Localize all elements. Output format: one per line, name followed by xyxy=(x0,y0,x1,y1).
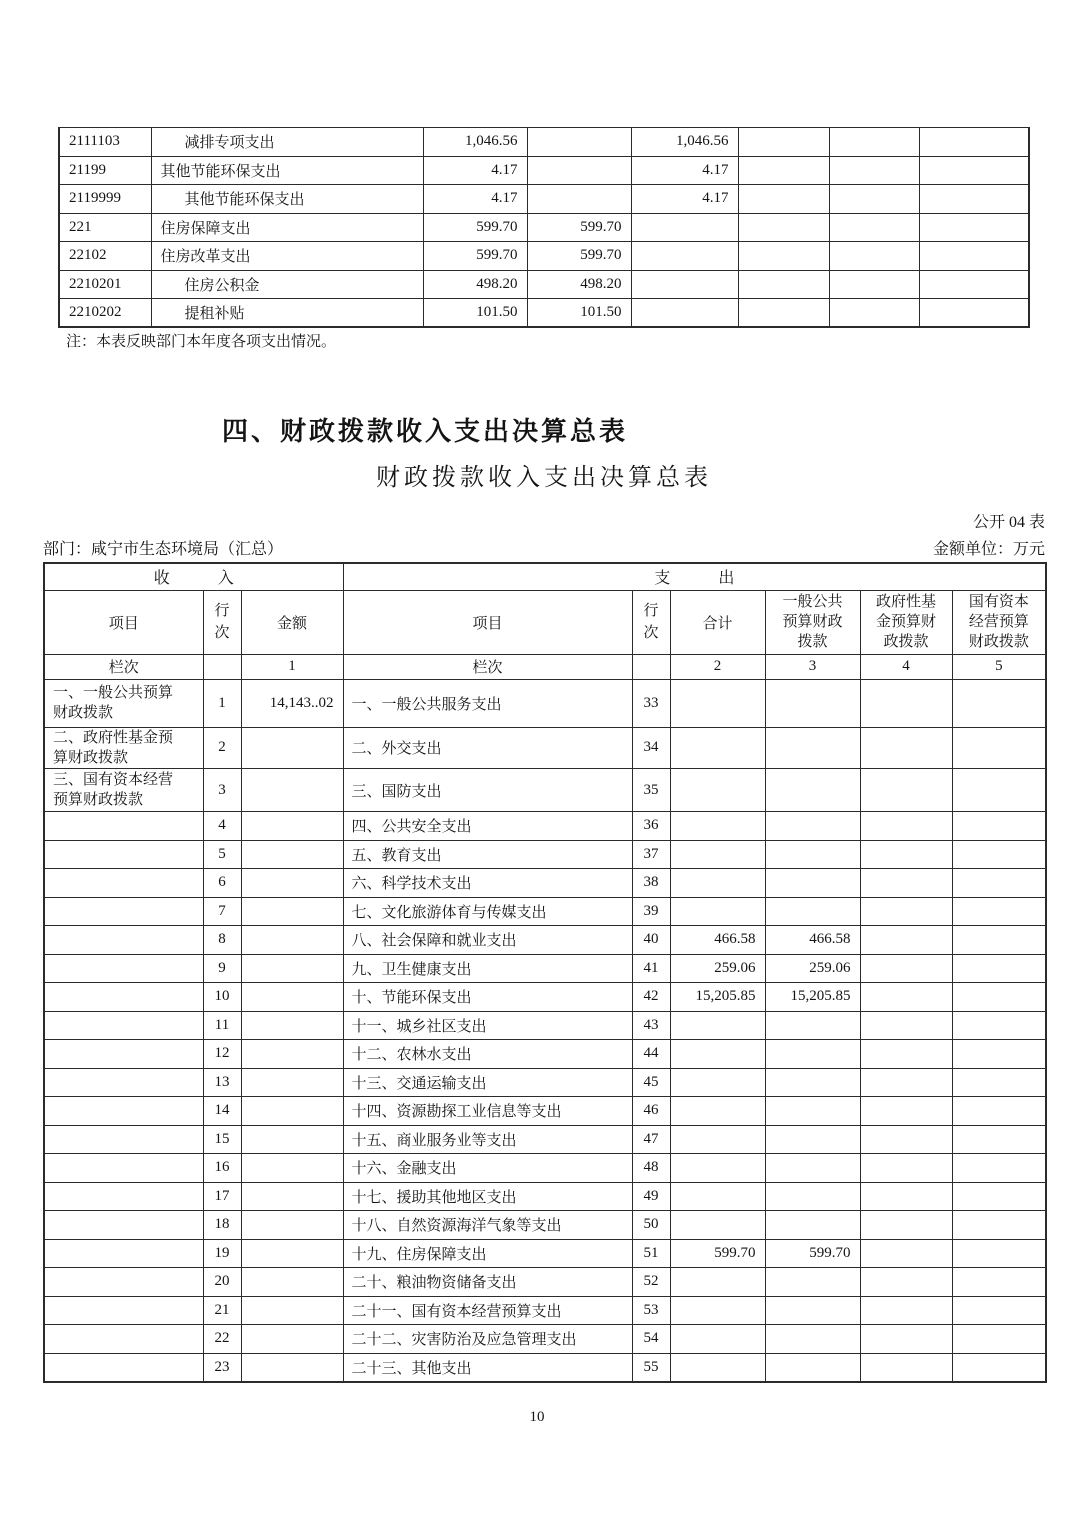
amount-cell xyxy=(829,299,919,328)
amount-cell xyxy=(919,156,1029,185)
amount-cell: 4.17 xyxy=(631,156,738,185)
total-cell xyxy=(670,812,765,841)
income-item-cell xyxy=(44,1097,203,1126)
amount-cell xyxy=(829,185,919,214)
income-amount-cell xyxy=(241,897,343,926)
income-amount-cell xyxy=(241,1040,343,1069)
general-budget-cell: 15,205.85 xyxy=(765,983,860,1012)
state-capital-cell xyxy=(952,1268,1046,1297)
amount-cell xyxy=(829,270,919,299)
amount-cell xyxy=(919,128,1029,157)
total-cell xyxy=(670,727,765,769)
amount-cell: 4.17 xyxy=(423,156,527,185)
total-cell: 599.70 xyxy=(670,1239,765,1268)
income-amount-header: 金额 xyxy=(241,590,343,654)
table-code-label: 公开 04 表 xyxy=(43,509,1045,532)
expense-code-cell: 2119999 xyxy=(59,185,151,214)
header-row-columns: 项目 行次 金额 项目 行次 合计 一般公共 预算财政 拨款 政府性基 金预算财… xyxy=(44,590,1046,654)
expense-line-cell: 47 xyxy=(632,1125,670,1154)
general-budget-cell xyxy=(765,727,860,769)
income-amount-cell xyxy=(241,1182,343,1211)
income-amount-cell xyxy=(241,1097,343,1126)
section-heading: 四、财政拨款收入支出决算总表 xyxy=(222,418,628,445)
gov-fund-cell xyxy=(860,1040,952,1069)
expense-line-cell: 33 xyxy=(632,679,670,727)
total-cell xyxy=(670,1068,765,1097)
amount-cell xyxy=(919,185,1029,214)
expenditure-detail-row: 2111103减排专项支出1,046.561,046.56 xyxy=(59,128,1029,157)
fiscal-summary-row: 23二十三、其他支出55 xyxy=(44,1353,1046,1382)
income-line-cell: 2 xyxy=(203,727,241,769)
gov-fund-cell xyxy=(860,727,952,769)
general-budget-cell xyxy=(765,869,860,898)
amount-cell xyxy=(631,213,738,242)
amount-cell xyxy=(631,299,738,328)
general-budget-cell xyxy=(765,769,860,812)
general-budget-cell: 259.06 xyxy=(765,954,860,983)
income-item-cell xyxy=(44,1040,203,1069)
expenditure-detail-row: 2119999其他节能环保支出4.174.17 xyxy=(59,185,1029,214)
amount-cell: 599.70 xyxy=(423,242,527,271)
amount-cell xyxy=(738,270,829,299)
expense-item-cell: 四、公共安全支出 xyxy=(343,812,632,841)
amount-cell xyxy=(919,270,1029,299)
total-header: 合计 xyxy=(670,590,765,654)
expense-line-cell: 51 xyxy=(632,1239,670,1268)
amount-cell: 599.70 xyxy=(527,242,631,271)
state-capital-cell xyxy=(952,1353,1046,1382)
state-capital-cell xyxy=(952,1211,1046,1240)
total-cell xyxy=(670,769,765,812)
expense-line-cell: 41 xyxy=(632,954,670,983)
expenditure-detail-row: 22102住房改革支出599.70599.70 xyxy=(59,242,1029,271)
table-meta-row: 部门：咸宁市生态环境局（汇总） 金额单位：万元 xyxy=(43,536,1045,559)
income-line-cell: 10 xyxy=(203,983,241,1012)
expense-item-cell: 七、文化旅游体育与传媒支出 xyxy=(343,897,632,926)
expenditure-detail-row: 21199其他节能环保支出4.174.17 xyxy=(59,156,1029,185)
amount-cell: 4.17 xyxy=(631,185,738,214)
income-item-cell xyxy=(44,1154,203,1183)
income-item-cell xyxy=(44,1068,203,1097)
header-row-indexes: 栏次 1 栏次 2 3 4 5 xyxy=(44,654,1046,679)
income-amount-cell xyxy=(241,983,343,1012)
income-line-cell: 7 xyxy=(203,897,241,926)
fiscal-summary-row: 19十九、住房保障支出51599.70599.70 xyxy=(44,1239,1046,1268)
expense-line-cell: 38 xyxy=(632,869,670,898)
amount-cell xyxy=(829,128,919,157)
state-capital-cell xyxy=(952,1239,1046,1268)
income-line-cell: 14 xyxy=(203,1097,241,1126)
income-line-cell: 3 xyxy=(203,769,241,812)
income-amount-cell: 14,143..02 xyxy=(241,679,343,727)
total-cell xyxy=(670,1325,765,1354)
general-budget-cell xyxy=(765,1154,860,1183)
expense-item-cell: 二、外交支出 xyxy=(343,727,632,769)
state-capital-cell xyxy=(952,954,1046,983)
fiscal-summary-row: 18十八、自然资源海洋气象等支出50 xyxy=(44,1211,1046,1240)
fiscal-summary-table-body: 一、一般公共预算 财政拨款114,143..02一、一般公共服务支出33二、政府… xyxy=(44,679,1046,1382)
fiscal-summary-row: 13十三、交通运输支出45 xyxy=(44,1068,1046,1097)
income-item-cell xyxy=(44,983,203,1012)
general-budget-cell xyxy=(765,812,860,841)
income-section-header: 收 入 xyxy=(44,563,343,590)
expense-name-cell: 其他节能环保支出 xyxy=(151,185,423,214)
general-budget-cell xyxy=(765,1068,860,1097)
income-amount-cell xyxy=(241,1154,343,1183)
expense-item-cell: 二十一、国有资本经营预算支出 xyxy=(343,1296,632,1325)
income-item-cell xyxy=(44,1211,203,1240)
state-capital-cell xyxy=(952,1068,1046,1097)
income-item-cell: 三、国有资本经营 预算财政拨款 xyxy=(44,769,203,812)
income-line-cell: 12 xyxy=(203,1040,241,1069)
amount-cell xyxy=(527,156,631,185)
income-amount-cell xyxy=(241,1296,343,1325)
amount-cell xyxy=(919,242,1029,271)
income-line-cell: 8 xyxy=(203,926,241,955)
column-index-4: 4 xyxy=(860,654,952,679)
expense-line-cell: 36 xyxy=(632,812,670,841)
expense-item-cell: 十四、资源勘探工业信息等支出 xyxy=(343,1097,632,1126)
expense-item-cell: 十、节能环保支出 xyxy=(343,983,632,1012)
income-line-cell: 11 xyxy=(203,1011,241,1040)
income-item-cell xyxy=(44,1011,203,1040)
gov-fund-cell xyxy=(860,812,952,841)
state-capital-cell xyxy=(952,983,1046,1012)
expense-name-cell: 提租补贴 xyxy=(151,299,423,328)
amount-cell: 1,046.56 xyxy=(631,128,738,157)
income-amount-cell xyxy=(241,1125,343,1154)
fiscal-summary-row: 12十二、农林水支出44 xyxy=(44,1040,1046,1069)
gov-fund-cell xyxy=(860,840,952,869)
state-capital-cell xyxy=(952,1325,1046,1354)
general-budget-cell xyxy=(765,1325,860,1354)
state-capital-cell xyxy=(952,1182,1046,1211)
amount-cell xyxy=(738,156,829,185)
expense-item-cell: 五、教育支出 xyxy=(343,840,632,869)
expense-line-cell: 37 xyxy=(632,840,670,869)
expense-line-cell: 50 xyxy=(632,1211,670,1240)
page-number: 10 xyxy=(0,1409,1074,1426)
gov-fund-cell xyxy=(860,1353,952,1382)
total-cell xyxy=(670,897,765,926)
total-cell xyxy=(670,1125,765,1154)
expense-item-cell: 十一、城乡社区支出 xyxy=(343,1011,632,1040)
expense-item-cell: 八、社会保障和就业支出 xyxy=(343,926,632,955)
expense-name-cell: 住房公积金 xyxy=(151,270,423,299)
general-budget-cell xyxy=(765,1011,860,1040)
income-line-cell: 4 xyxy=(203,812,241,841)
income-line-cell: 15 xyxy=(203,1125,241,1154)
expense-name-cell: 减排专项支出 xyxy=(151,128,423,157)
fiscal-summary-row: 16十六、金融支出48 xyxy=(44,1154,1046,1183)
expense-line-no-header: 行次 xyxy=(632,590,670,654)
expenditure-detail-table-body: 2111103减排专项支出1,046.561,046.5621199其他节能环保… xyxy=(59,128,1029,328)
expense-line-cell: 52 xyxy=(632,1268,670,1297)
expense-line-cell: 43 xyxy=(632,1011,670,1040)
income-item-cell: 二、政府性基金预 算财政拨款 xyxy=(44,727,203,769)
total-cell xyxy=(670,1353,765,1382)
amount-cell xyxy=(919,213,1029,242)
expense-code-cell: 2210202 xyxy=(59,299,151,328)
income-amount-cell xyxy=(241,1068,343,1097)
general-budget-cell: 466.58 xyxy=(765,926,860,955)
income-item-cell xyxy=(44,1296,203,1325)
empty-cell xyxy=(632,654,670,679)
income-item-cell xyxy=(44,1325,203,1354)
expense-item-header: 项目 xyxy=(343,590,632,654)
state-capital-cell xyxy=(952,727,1046,769)
income-line-cell: 13 xyxy=(203,1068,241,1097)
fiscal-summary-row: 4四、公共安全支出36 xyxy=(44,812,1046,841)
expense-item-cell: 十六、金融支出 xyxy=(343,1154,632,1183)
gov-fund-cell xyxy=(860,1239,952,1268)
expenditure-detail-row: 2210202提租补贴101.50101.50 xyxy=(59,299,1029,328)
fiscal-summary-row: 二、政府性基金预 算财政拨款2二、外交支出34 xyxy=(44,727,1046,769)
income-amount-cell xyxy=(241,926,343,955)
amount-cell xyxy=(527,128,631,157)
total-cell xyxy=(670,869,765,898)
total-cell xyxy=(670,840,765,869)
fiscal-summary-row: 22二十二、灾害防治及应急管理支出54 xyxy=(44,1325,1046,1354)
expense-line-cell: 54 xyxy=(632,1325,670,1354)
amount-cell: 101.50 xyxy=(527,299,631,328)
expense-line-cell: 45 xyxy=(632,1068,670,1097)
expense-line-cell: 44 xyxy=(632,1040,670,1069)
state-capital-cell xyxy=(952,812,1046,841)
state-capital-cell xyxy=(952,1011,1046,1040)
fiscal-summary-row: 15十五、商业服务业等支出47 xyxy=(44,1125,1046,1154)
state-capital-cell xyxy=(952,869,1046,898)
state-capital-cell xyxy=(952,926,1046,955)
column-index-1: 1 xyxy=(241,654,343,679)
income-item-cell xyxy=(44,1353,203,1382)
amount-cell: 101.50 xyxy=(423,299,527,328)
general-budget-cell xyxy=(765,840,860,869)
general-budget-cell xyxy=(765,1097,860,1126)
expense-line-cell: 53 xyxy=(632,1296,670,1325)
fiscal-summary-row: 一、一般公共预算 财政拨款114,143..02一、一般公共服务支出33 xyxy=(44,679,1046,727)
income-amount-cell xyxy=(241,1239,343,1268)
state-capital-cell xyxy=(952,1154,1046,1183)
empty-cell xyxy=(203,654,241,679)
income-line-cell: 6 xyxy=(203,869,241,898)
income-amount-cell xyxy=(241,954,343,983)
total-cell: 15,205.85 xyxy=(670,983,765,1012)
income-line-cell: 22 xyxy=(203,1325,241,1354)
income-item-cell xyxy=(44,1182,203,1211)
general-budget-cell xyxy=(765,1211,860,1240)
income-item-cell xyxy=(44,812,203,841)
income-item-cell xyxy=(44,897,203,926)
gov-fund-cell xyxy=(860,869,952,898)
income-item-cell xyxy=(44,840,203,869)
fiscal-summary-table-head: 收 入 支 出 项目 行次 金额 项目 行次 合计 一般公共 预算财政 拨款 政… xyxy=(44,563,1046,679)
expense-name-cell: 住房改革支出 xyxy=(151,242,423,271)
income-line-no-header: 行次 xyxy=(203,590,241,654)
expense-line-cell: 40 xyxy=(632,926,670,955)
general-budget-cell xyxy=(765,1125,860,1154)
income-item-cell xyxy=(44,1239,203,1268)
gov-fund-cell xyxy=(860,926,952,955)
general-budget-cell: 599.70 xyxy=(765,1239,860,1268)
expense-line-cell: 42 xyxy=(632,983,670,1012)
expense-item-cell: 二十、粮油物资储备支出 xyxy=(343,1268,632,1297)
state-capital-header: 国有资本 经营预算 财政拨款 xyxy=(952,590,1046,654)
fiscal-summary-row: 14十四、资源勘探工业信息等支出46 xyxy=(44,1097,1046,1126)
income-amount-cell xyxy=(241,727,343,769)
amount-cell xyxy=(738,128,829,157)
income-line-cell: 21 xyxy=(203,1296,241,1325)
gov-fund-cell xyxy=(860,1325,952,1354)
state-capital-cell xyxy=(952,897,1046,926)
income-line-cell: 16 xyxy=(203,1154,241,1183)
expense-line-cell: 55 xyxy=(632,1353,670,1382)
total-cell xyxy=(670,1040,765,1069)
table-title: 财政拨款收入支出决算总表 xyxy=(43,466,1045,491)
income-amount-cell xyxy=(241,1211,343,1240)
state-capital-cell xyxy=(952,1125,1046,1154)
income-item-cell xyxy=(44,1268,203,1297)
income-item-cell xyxy=(44,869,203,898)
gov-fund-cell xyxy=(860,1182,952,1211)
income-amount-cell xyxy=(241,869,343,898)
expenditure-detail-row: 221住房保障支出599.70599.70 xyxy=(59,213,1029,242)
expense-code-cell: 2210201 xyxy=(59,270,151,299)
state-capital-cell xyxy=(952,1040,1046,1069)
gov-fund-cell xyxy=(860,954,952,983)
expense-item-cell: 十九、住房保障支出 xyxy=(343,1239,632,1268)
income-amount-cell xyxy=(241,769,343,812)
income-item-cell xyxy=(44,1125,203,1154)
fiscal-summary-row: 10十、节能环保支出4215,205.8515,205.85 xyxy=(44,983,1046,1012)
fiscal-summary-row: 6六、科学技术支出38 xyxy=(44,869,1046,898)
gov-fund-cell xyxy=(860,1211,952,1240)
income-line-cell: 5 xyxy=(203,840,241,869)
income-line-cell: 23 xyxy=(203,1353,241,1382)
total-cell xyxy=(670,679,765,727)
expenditure-detail-row: 2210201住房公积金498.20498.20 xyxy=(59,270,1029,299)
income-line-cell: 19 xyxy=(203,1239,241,1268)
expense-line-cell: 39 xyxy=(632,897,670,926)
income-item-cell: 一、一般公共预算 财政拨款 xyxy=(44,679,203,727)
expense-code-cell: 2111103 xyxy=(59,128,151,157)
expense-item-cell: 三、国防支出 xyxy=(343,769,632,812)
total-cell xyxy=(670,1097,765,1126)
gov-fund-cell xyxy=(860,1068,952,1097)
fiscal-summary-row: 7七、文化旅游体育与传媒支出39 xyxy=(44,897,1046,926)
table-note: 注：本表反映部门本年度各项支出情况。 xyxy=(66,330,336,351)
income-amount-cell xyxy=(241,1011,343,1040)
state-capital-cell xyxy=(952,840,1046,869)
expense-line-cell: 34 xyxy=(632,727,670,769)
gov-fund-cell xyxy=(860,983,952,1012)
amount-cell: 4.17 xyxy=(423,185,527,214)
fiscal-summary-row: 三、国有资本经营 预算财政拨款3三、国防支出35 xyxy=(44,769,1046,812)
state-capital-cell xyxy=(952,679,1046,727)
gov-fund-cell xyxy=(860,1097,952,1126)
expense-item-cell: 九、卫生健康支出 xyxy=(343,954,632,983)
fiscal-summary-table: 收 入 支 出 项目 行次 金额 项目 行次 合计 一般公共 预算财政 拨款 政… xyxy=(43,562,1047,1383)
amount-cell: 599.70 xyxy=(527,213,631,242)
income-line-cell: 18 xyxy=(203,1211,241,1240)
total-cell: 259.06 xyxy=(670,954,765,983)
total-cell xyxy=(670,1211,765,1240)
general-budget-header: 一般公共 预算财政 拨款 xyxy=(765,590,860,654)
expense-line-cell: 46 xyxy=(632,1097,670,1126)
amount-cell xyxy=(631,270,738,299)
income-line-cell: 9 xyxy=(203,954,241,983)
gov-fund-cell xyxy=(860,897,952,926)
state-capital-cell xyxy=(952,1296,1046,1325)
fiscal-summary-row: 9九、卫生健康支出41259.06259.06 xyxy=(44,954,1046,983)
fiscal-summary-row: 17十七、援助其他地区支出49 xyxy=(44,1182,1046,1211)
amount-cell xyxy=(919,299,1029,328)
expense-item-cell: 十二、农林水支出 xyxy=(343,1040,632,1069)
expense-item-cell: 二十二、灾害防治及应急管理支出 xyxy=(343,1325,632,1354)
amount-cell: 498.20 xyxy=(527,270,631,299)
total-cell xyxy=(670,1182,765,1211)
total-cell: 466.58 xyxy=(670,926,765,955)
amount-cell: 599.70 xyxy=(423,213,527,242)
state-capital-cell xyxy=(952,769,1046,812)
income-item-header: 项目 xyxy=(44,590,203,654)
expense-code-cell: 21199 xyxy=(59,156,151,185)
fiscal-summary-row: 20二十、粮油物资储备支出52 xyxy=(44,1268,1046,1297)
gov-fund-cell xyxy=(860,1154,952,1183)
general-budget-cell xyxy=(765,1296,860,1325)
amount-cell xyxy=(527,185,631,214)
state-capital-cell xyxy=(952,1097,1046,1126)
income-line-no-header-text: 行次 xyxy=(214,600,231,645)
amount-cell xyxy=(829,213,919,242)
gov-fund-cell xyxy=(860,679,952,727)
header-row-sections: 收 入 支 出 xyxy=(44,563,1046,590)
expense-item-cell: 六、科学技术支出 xyxy=(343,869,632,898)
expense-item-cell: 十七、援助其他地区支出 xyxy=(343,1182,632,1211)
amount-cell: 498.20 xyxy=(423,270,527,299)
income-line-cell: 20 xyxy=(203,1268,241,1297)
expense-name-cell: 其他节能环保支出 xyxy=(151,156,423,185)
general-budget-cell xyxy=(765,1182,860,1211)
general-budget-cell xyxy=(765,1268,860,1297)
expenditure-detail-table: 2111103减排专项支出1,046.561,046.5621199其他节能环保… xyxy=(58,127,1030,328)
expense-line-cell: 35 xyxy=(632,769,670,812)
general-budget-cell xyxy=(765,1040,860,1069)
general-budget-cell xyxy=(765,897,860,926)
fiscal-summary-row: 21二十一、国有资本经营预算支出53 xyxy=(44,1296,1046,1325)
income-amount-cell xyxy=(241,1325,343,1354)
gov-fund-cell xyxy=(860,1268,952,1297)
expense-item-cell: 十八、自然资源海洋气象等支出 xyxy=(343,1211,632,1240)
income-amount-cell xyxy=(241,840,343,869)
amount-cell xyxy=(738,242,829,271)
expense-item-cell: 一、一般公共服务支出 xyxy=(343,679,632,727)
unit-label: 金额单位：万元 xyxy=(933,536,1045,559)
amount-cell xyxy=(738,299,829,328)
fiscal-summary-row: 11十一、城乡社区支出43 xyxy=(44,1011,1046,1040)
amount-cell xyxy=(829,242,919,271)
total-cell xyxy=(670,1268,765,1297)
column-index-2: 2 xyxy=(670,654,765,679)
income-item-cell xyxy=(44,954,203,983)
income-line-cell: 17 xyxy=(203,1182,241,1211)
amount-cell xyxy=(738,213,829,242)
income-amount-cell xyxy=(241,1268,343,1297)
gov-fund-cell xyxy=(860,1125,952,1154)
general-budget-cell xyxy=(765,1353,860,1382)
fiscal-summary-row: 8八、社会保障和就业支出40466.58466.58 xyxy=(44,926,1046,955)
department-label: 部门：咸宁市生态环境局（汇总） xyxy=(43,536,283,559)
